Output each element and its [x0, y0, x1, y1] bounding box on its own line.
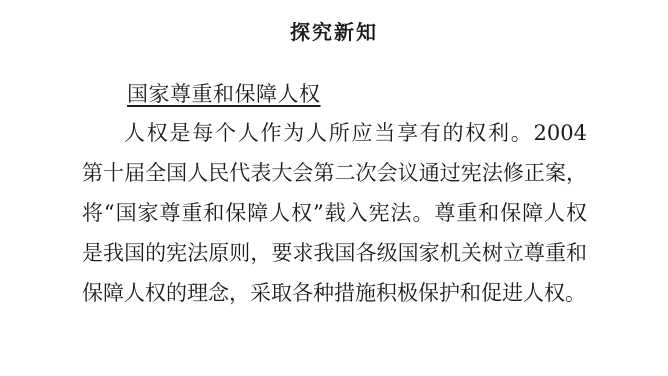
- paragraph-line: 第十届全国人民代表大会第二次会议通过宪法修正案，: [82, 153, 587, 193]
- paragraph-line: 人权是每个人作为人所应当享有的权利。2004年，: [82, 113, 587, 153]
- body-paragraph: 人权是每个人作为人所应当享有的权利。2004年， 第十届全国人民代表大会第二次会…: [82, 113, 587, 313]
- paragraph-line: 保障人权的理念，采取各种措施积极保护和促进人权。: [82, 273, 587, 313]
- paragraph-line: 是我国的宪法原则，要求我国各级国家机关树立尊重和: [82, 233, 587, 273]
- slide-title: 探究新知: [0, 16, 668, 45]
- slide-page: 探究新知 国家尊重和保障人权 人权是每个人作为人所应当享有的权利。2004年， …: [0, 0, 668, 376]
- section-heading: 国家尊重和保障人权: [127, 78, 321, 108]
- paragraph-line: 将“国家尊重和保障人权”载入宪法。尊重和保障人权: [82, 193, 587, 233]
